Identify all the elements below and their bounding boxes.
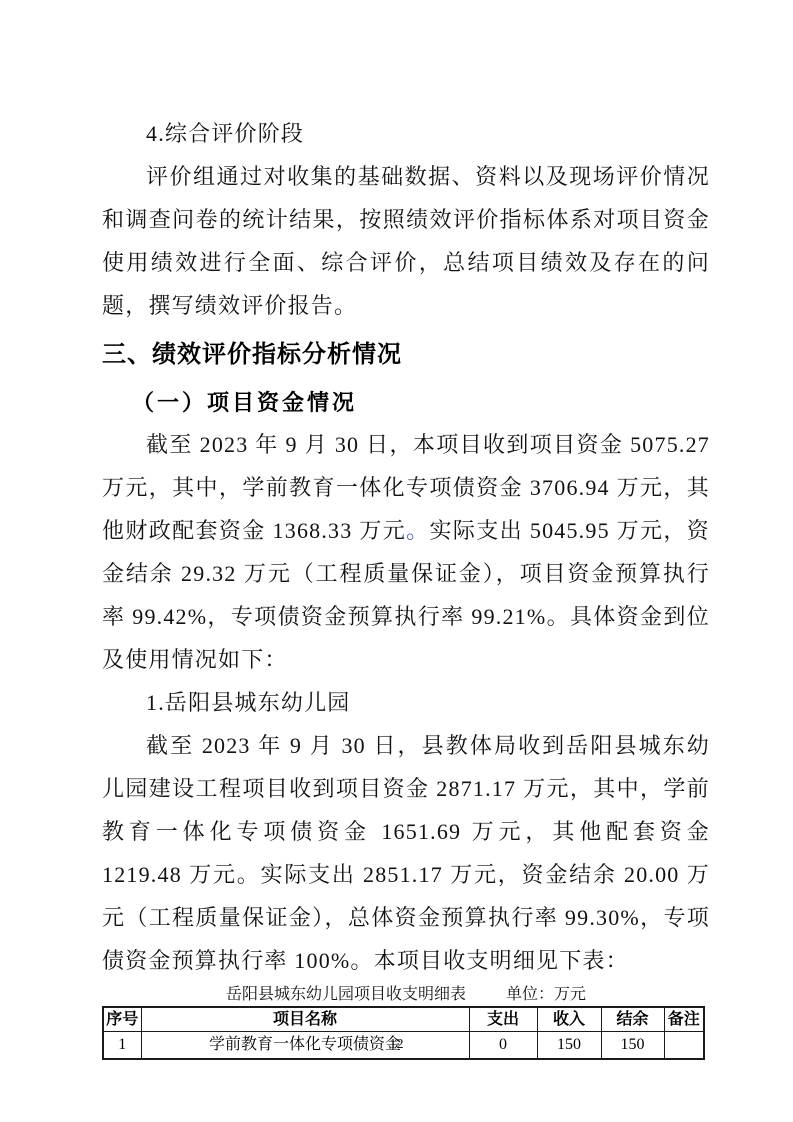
- paragraph-kindergarten-detail: 截至 2023 年 9 月 30 日，县教体局收到岳阳县城东幼儿园建设工程项目收…: [102, 724, 710, 982]
- document-page: 4.综合评价阶段 评价组通过对收集的基础数据、资料以及现场评价情况和调查问卷的统…: [0, 0, 793, 1122]
- paragraph-eval-process: 评价组通过对收集的基础数据、资料以及现场评价情况和调查问卷的统计结果，按照绩效评…: [102, 155, 710, 327]
- page-number: 12: [0, 1036, 793, 1054]
- table-caption-title: 岳阳县城东幼儿园项目收支明细表: [226, 984, 466, 1006]
- table-header-cell-seq: 序号: [103, 1007, 141, 1032]
- blue-period-mark: 。: [406, 518, 429, 543]
- sub-heading-project-funds: （一）项目资金情况: [102, 383, 710, 423]
- table-caption: 岳阳县城东幼儿园项目收支明细表 单位：万元: [102, 984, 710, 1006]
- paragraph-project-funds: 截至 2023 年 9 月 30 日，本项目收到项目资金 5075.27 万元，…: [102, 423, 710, 681]
- paragraph-stage-title: 4.综合评价阶段: [102, 112, 710, 155]
- page-content: 4.综合评价阶段 评价组通过对收集的基础数据、资料以及现场评价情况和调查问卷的统…: [102, 112, 710, 1060]
- table-caption-unit: 单位：万元: [506, 984, 586, 1006]
- table-header-cell-remark: 备注: [664, 1007, 704, 1032]
- section-heading: 三、绩效评价指标分析情况: [102, 335, 710, 375]
- table-header-row: 序号 项目名称 支出 收入 结余 备注: [103, 1007, 704, 1032]
- table-header-cell-income: 收入: [537, 1007, 601, 1032]
- table-header-cell-expense: 支出: [469, 1007, 537, 1032]
- table-header-cell-name: 项目名称: [141, 1007, 469, 1032]
- paragraph-kindergarten-title: 1.岳阳县城东幼儿园: [102, 681, 710, 724]
- table-header-cell-balance: 结余: [601, 1007, 664, 1032]
